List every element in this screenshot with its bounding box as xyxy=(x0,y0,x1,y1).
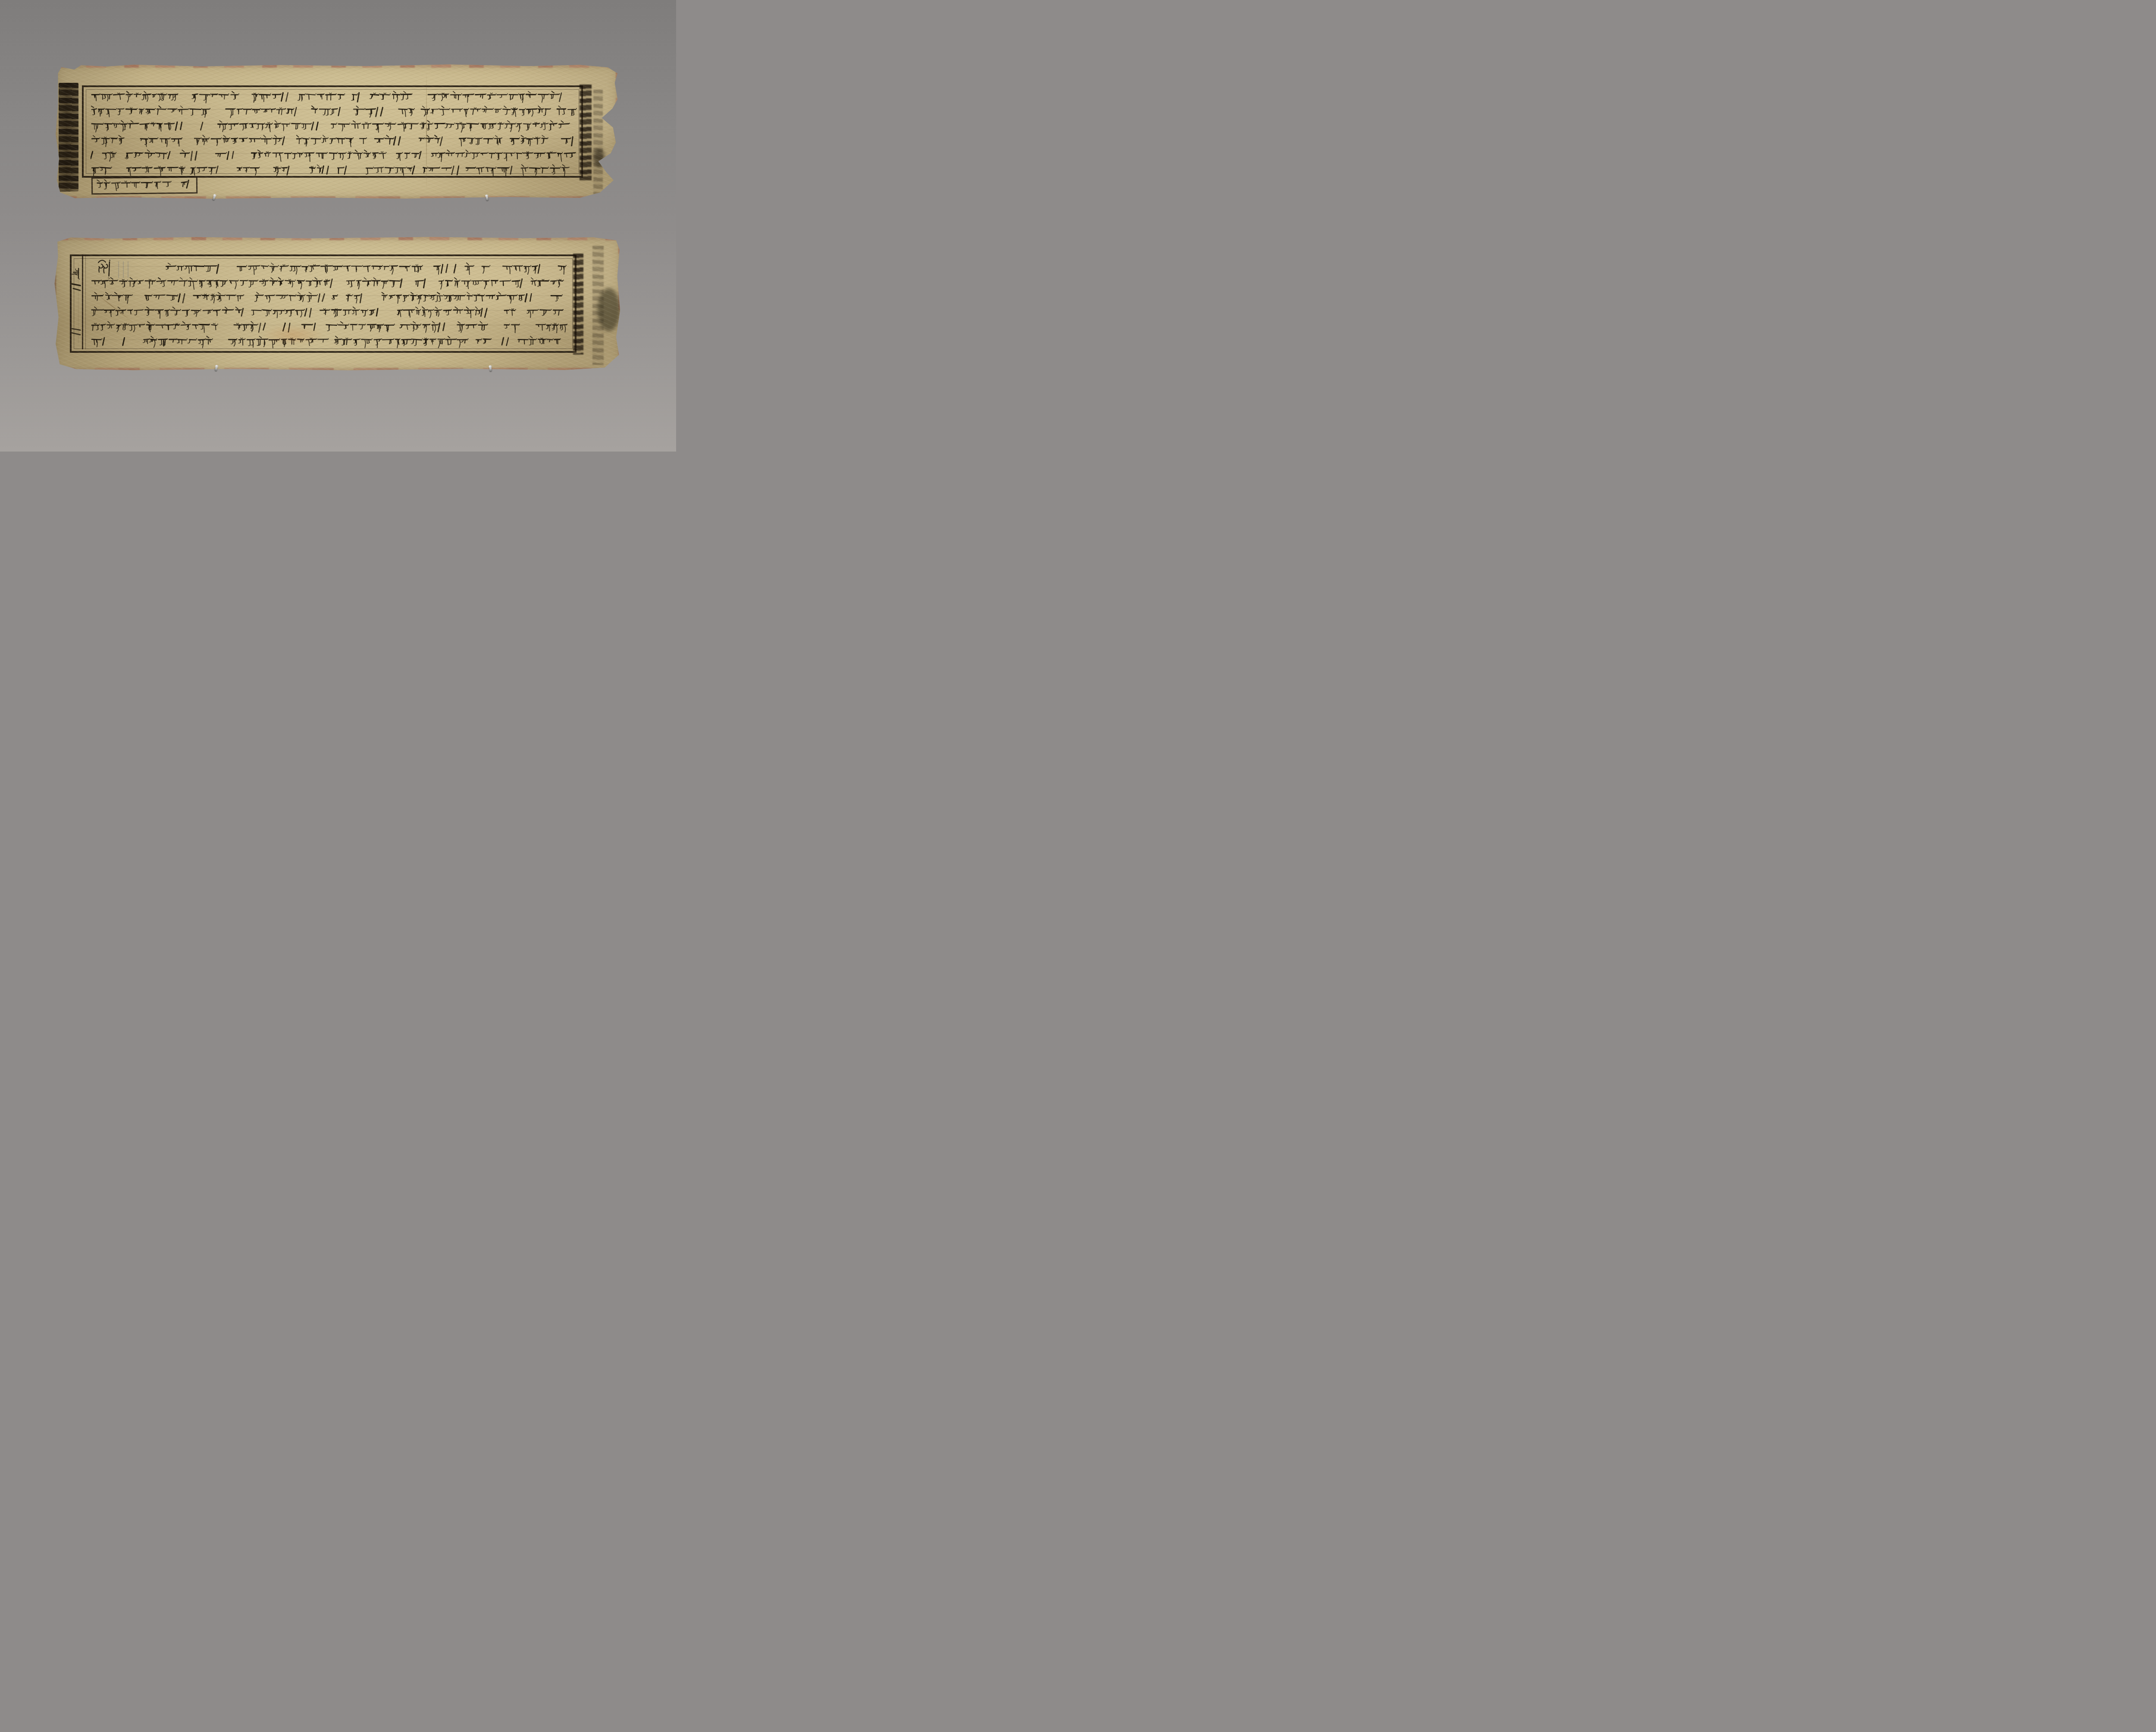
inked-margin-band-left xyxy=(59,83,78,191)
mounting-pin xyxy=(486,196,488,201)
script-line xyxy=(91,321,570,334)
edge-stain-top xyxy=(55,64,619,68)
mounting-pin xyxy=(215,366,218,371)
inked-margin-band-right xyxy=(580,85,592,180)
orange-scuff-stain xyxy=(260,325,325,344)
manuscript-leaf-top xyxy=(55,64,619,199)
margin-label-script xyxy=(72,262,81,344)
script-line xyxy=(91,105,578,119)
caption-box xyxy=(91,176,197,195)
script-line xyxy=(91,135,578,148)
inked-margin-band-right xyxy=(573,254,583,355)
script-line xyxy=(91,306,570,320)
script-line xyxy=(91,262,570,276)
edge-stain-left xyxy=(53,236,56,371)
edge-stain-top xyxy=(53,236,622,240)
script-line xyxy=(91,120,578,133)
ink-blotch xyxy=(598,288,620,331)
script-line xyxy=(91,292,570,305)
script-line xyxy=(91,277,570,290)
mounting-pin xyxy=(489,367,492,371)
script-line xyxy=(91,164,578,177)
manuscript-leaf-bottom xyxy=(53,236,622,371)
caption-script-line xyxy=(94,179,193,191)
script-line xyxy=(91,91,578,104)
photograph-backdrop xyxy=(0,0,676,452)
script-line xyxy=(91,149,578,163)
ink-transfer-band xyxy=(593,90,603,194)
edge-stain-bottom xyxy=(55,196,619,199)
margin-divider-rule xyxy=(82,254,86,349)
ink-blotch xyxy=(593,148,605,167)
edge-stain-bottom xyxy=(53,368,622,371)
edge-stain-right xyxy=(616,64,619,199)
script-line xyxy=(91,336,570,349)
